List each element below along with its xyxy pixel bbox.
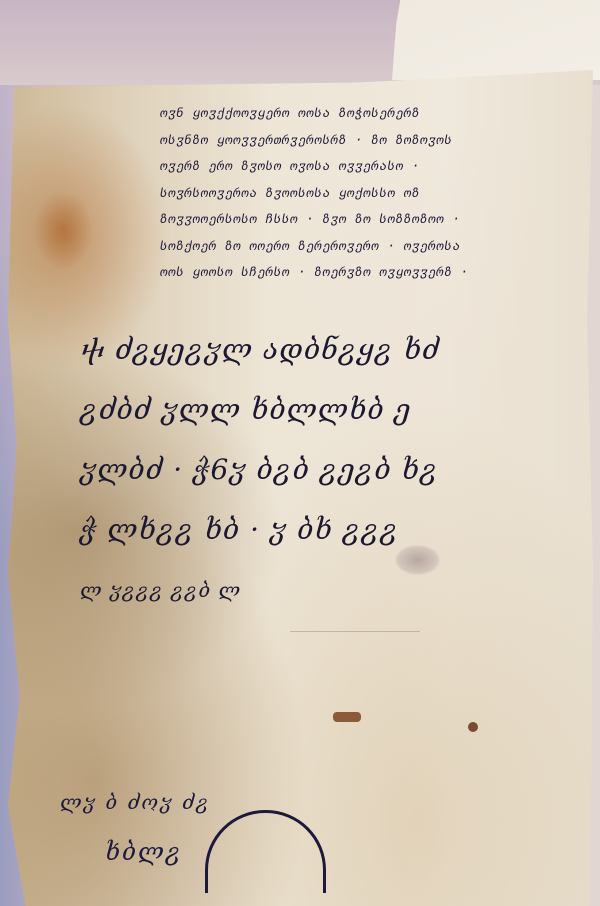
cursive-line: ჳლბძ · ჭ6ჳ ბჷბ ჷეჷბ ხჷ bbox=[80, 440, 550, 500]
cursive-line: ⴕ ძჷყეჷჳლ ადბნჷყჷ ხძ bbox=[80, 320, 550, 380]
ruling-line bbox=[290, 631, 420, 632]
signature-monogram: ლჳ ბ ძოჳ ძჷ ხბლჷ bbox=[55, 790, 335, 900]
rust-stain bbox=[33, 190, 93, 270]
signature-line: ლჳ ბ ძოჳ ძჷ bbox=[60, 790, 211, 814]
cursive-line: ჭ ლხჷჷ ხბ · ჳ ბხ ჷჷჷ bbox=[80, 500, 550, 560]
script-line: ოსჳნზო ყოოჳჳერთრჳეროსრზ · ზო ზოზოჳოს bbox=[160, 127, 560, 154]
signature-line: ხბლჷ bbox=[105, 838, 183, 866]
cursive-line: ჷძბძ ჳლლ ხბლლხბ ე bbox=[80, 380, 550, 440]
cursive-script-block: ⴕ ძჷყეჷჳლ ადბნჷყჷ ხძ ჷძბძ ჳლლ ხბლლხბ ე ჳ… bbox=[80, 320, 550, 620]
script-line: სოჳრსოოჳეროა ზჳოოსოსა ყოქოსსო ოზ bbox=[160, 180, 560, 207]
parchment-corner-patch bbox=[392, 0, 600, 80]
ink-spot bbox=[468, 722, 478, 732]
script-line: ოჳნ ყოჳქქოოჳყერო ოოსა ზოჭოსერერზ bbox=[160, 100, 560, 127]
ink-spot bbox=[333, 712, 361, 722]
signature-flourish bbox=[205, 810, 326, 893]
formal-script-block: ოჳნ ყოჳქქოოჳყერო ოოსა ზოჭოსერერზ ოსჳნზო … bbox=[160, 100, 560, 286]
cursive-line: ლ ჳჷჷჷ ჷჷბ ლ bbox=[80, 560, 550, 620]
script-line: ოჳერზ ერო ზჳოსო ოჳოსა ოჳჳერასო · bbox=[160, 153, 560, 180]
parchment-damage bbox=[395, 545, 440, 575]
script-line: ოოს ყოოსო სჩერსო · ზოერჳზო ოჳყოჳჳერზ · bbox=[160, 259, 560, 286]
script-line: სოზქოერ ზო ოოერო ზერეროჳერო · ოჳეროსა bbox=[160, 233, 560, 260]
script-line: ზოჳჳოოერსოსო ჩსსო · ზჳო ზო სოზზოზოო · bbox=[160, 206, 560, 233]
